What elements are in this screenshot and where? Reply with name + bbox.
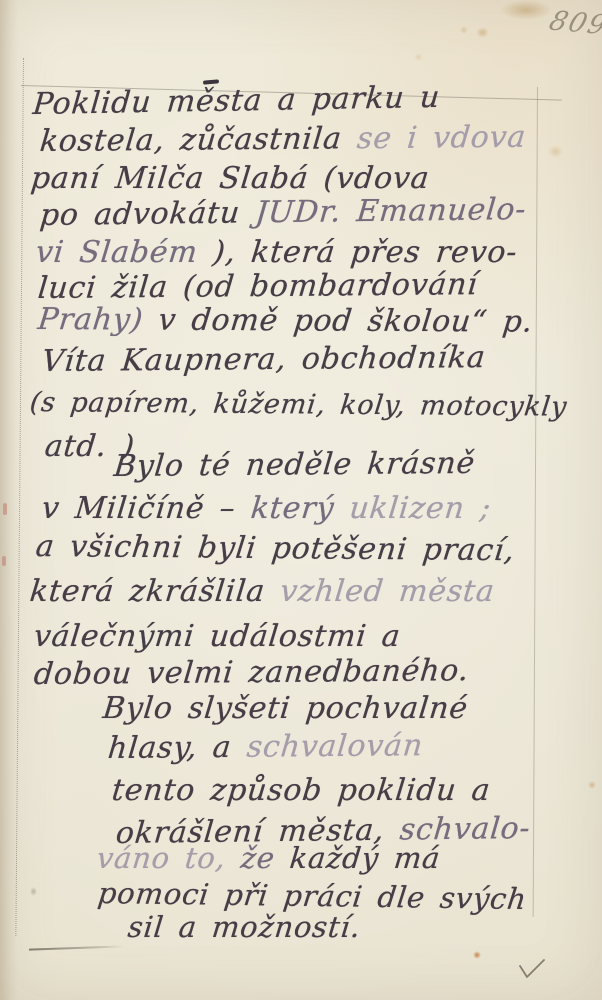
manuscript-line-18: hlasy, a schvalován xyxy=(106,729,424,765)
text-segment: Bylo slyšeti pochvalné xyxy=(101,691,470,726)
text-segment: schvalován xyxy=(245,728,425,765)
foxing-stain xyxy=(473,951,481,959)
text-segment: dobou velmi zanedbaného. xyxy=(32,653,470,692)
manuscript-line-21: váno to, že každý má xyxy=(95,843,442,875)
text-segment: v Miličíně – xyxy=(40,491,253,526)
text-segment: Prahy) xyxy=(36,302,160,338)
foxing-stain xyxy=(460,26,468,34)
foxing-stain xyxy=(476,27,489,38)
foxing-stain xyxy=(588,781,596,789)
text-segment: a všichni byli potěšeni prací, xyxy=(34,529,517,568)
binding-stitch-mark xyxy=(2,556,6,566)
text-segment: JUDr. Emanuelo- xyxy=(254,192,528,230)
text-segment: luci žila (od bombardování xyxy=(36,267,479,306)
text-segment: v domě pod školou“ p. xyxy=(157,303,535,340)
text-segment: vzhled města xyxy=(279,574,497,609)
text-segment: vi Slabém xyxy=(34,235,215,270)
manuscript-line-7: Prahy) v domě pod školou“ p. xyxy=(36,303,535,339)
text-segment: se i vdova xyxy=(356,120,528,157)
text-segment: válečnými událostmi a xyxy=(32,619,402,654)
text-segment: váno to, xyxy=(95,841,242,875)
page-number: 809 xyxy=(545,6,602,42)
text-segment: uklizen ; xyxy=(348,491,493,526)
manuscript-line-2: kostela, zůčastnila se i vdova xyxy=(38,121,527,158)
manuscript-line-13: a všichni byli potěšeni prací, xyxy=(34,530,517,567)
foxing-stain xyxy=(548,145,563,158)
text-segment: která zkrášlila xyxy=(28,574,282,609)
text-segment: Víta Kaupnera, obchodníka xyxy=(40,340,487,379)
text-segment: Bylo té neděle krásně xyxy=(112,446,476,484)
pencil-smudge xyxy=(30,887,37,896)
text-segment: každý má xyxy=(288,841,442,875)
text-segment: sil a možností. xyxy=(126,910,362,944)
manuscript-line-23: sil a možností. xyxy=(126,912,362,944)
text-segment: (s papírem, kůžemi, koly, motocykly xyxy=(28,387,568,423)
manuscript-line-15: válečnými událostmi a xyxy=(32,620,402,653)
text-segment: že xyxy=(239,841,292,875)
text-segment: hlasy, a xyxy=(106,730,248,766)
text-segment: paní Milča Slabá (vdova xyxy=(29,161,431,196)
foxing-stain xyxy=(500,0,552,20)
text-segment: ), která přes revo- xyxy=(211,235,519,270)
binding-stitch-mark xyxy=(3,503,7,515)
pencil-checkmark-icon xyxy=(517,957,547,983)
manuscript-line-11: Bylo té neděle krásně xyxy=(112,447,476,483)
text-segment: po advokátu xyxy=(38,195,257,233)
manuscript-line-3: paní Milča Slabá (vdova xyxy=(29,162,431,195)
manuscript-line-19: tento způsob poklidu a xyxy=(110,774,492,807)
manuscript-line-4: po advokátu JUDr. Emanuelo- xyxy=(38,193,527,232)
manuscript-page: 809 Poklidu města a parku ukostela, zůča… xyxy=(0,0,602,1000)
text-segment: kostela, zůčastnila xyxy=(38,121,359,159)
text-segment: Poklidu města a parku u xyxy=(31,80,441,122)
pencil-margin-line-right xyxy=(533,87,538,917)
manuscript-line-6: luci žila (od bombardování xyxy=(36,268,479,305)
manuscript-line-12: v Miličíně – který uklizen ; xyxy=(40,492,492,525)
manuscript-line-5: vi Slabém ), která přes revo- xyxy=(34,236,519,269)
foxing-stain xyxy=(414,53,423,61)
text-segment: který xyxy=(249,491,351,526)
pencil-margin-line-bottom xyxy=(29,945,124,950)
manuscript-line-17: Bylo slyšeti pochvalné xyxy=(101,692,469,725)
manuscript-line-8: Víta Kaupnera, obchodníka xyxy=(40,341,487,378)
manuscript-line-9: (s papírem, kůžemi, koly, motocykly xyxy=(28,388,568,422)
text-segment: tento způsob poklidu a xyxy=(110,773,492,808)
manuscript-line-1: Poklidu města a parku u xyxy=(32,81,442,121)
manuscript-line-14: která zkrášlila vzhled města xyxy=(28,575,496,608)
manuscript-line-16: dobou velmi zanedbaného. xyxy=(32,654,470,691)
page-binding-edge xyxy=(0,0,18,1000)
